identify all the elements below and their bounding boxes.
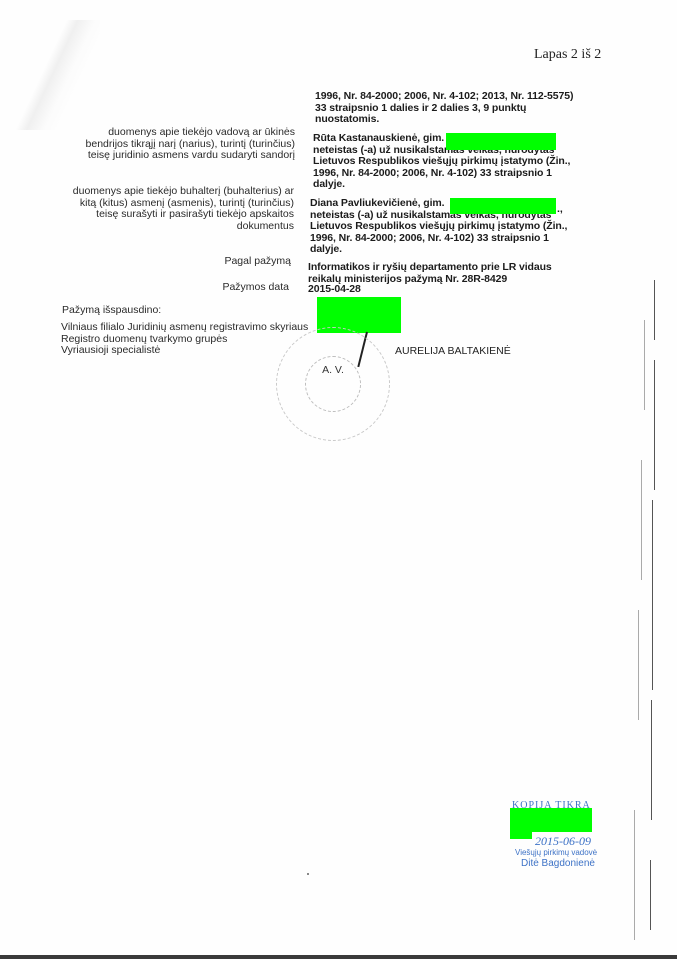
document-page: Lapas 2 iš 2 1996, Nr. 84-2000; 2006, Nr… [0, 0, 677, 955]
stamp-text: A. V. [277, 364, 389, 376]
certification-name: Ditė Bagdonienė [521, 858, 595, 869]
certification-role: Viešųjų pirkimų vadovė [515, 848, 597, 857]
scan-line [650, 860, 651, 930]
field-label-manager: duomenys apie tiekėjo vadovą ar ūkinės b… [86, 127, 295, 162]
page-indicator: Lapas 2 iš 2 [534, 47, 601, 63]
scan-line [641, 460, 642, 580]
redaction-certification [510, 808, 592, 832]
printed-by-department: Vilniaus filialo Juridinių asmenų regist… [61, 322, 308, 357]
redaction-birthdate-2 [450, 198, 556, 214]
certification-date: 2015-06-09 [535, 834, 591, 849]
scan-speck [307, 873, 309, 875]
signer-name: AURELIJA BALTAKIENĖ [395, 345, 511, 357]
scan-line [652, 500, 653, 690]
redaction-certification-tail [510, 830, 532, 839]
field-label-date: Pažymos data [222, 282, 289, 294]
scan-line [654, 280, 655, 340]
field-value-certificate: Informatikos ir ryšių departamento prie … [308, 262, 552, 285]
continuation-text: 1996, Nr. 84-2000; 2006, Nr. 4-102; 2013… [315, 91, 573, 126]
field-value-date: 2015-04-28 [308, 284, 361, 296]
scan-line [644, 320, 645, 410]
redaction-birthdate-1 [446, 133, 556, 150]
official-stamp: A. V. [276, 327, 390, 441]
printed-by-heading: Pažymą išspausdino: [62, 305, 161, 317]
scan-line [634, 810, 635, 940]
scan-artifact [10, 20, 100, 130]
field-label-accountant: duomenys apie tiekėjo buhalterį (buhalte… [73, 186, 294, 232]
scan-line [651, 700, 652, 820]
scan-line [654, 360, 655, 490]
field-label-certificate: Pagal pažymą [224, 256, 291, 268]
scan-line [638, 610, 639, 720]
value-suffix: ., [557, 204, 563, 216]
scan-bottom-edge [0, 955, 677, 959]
